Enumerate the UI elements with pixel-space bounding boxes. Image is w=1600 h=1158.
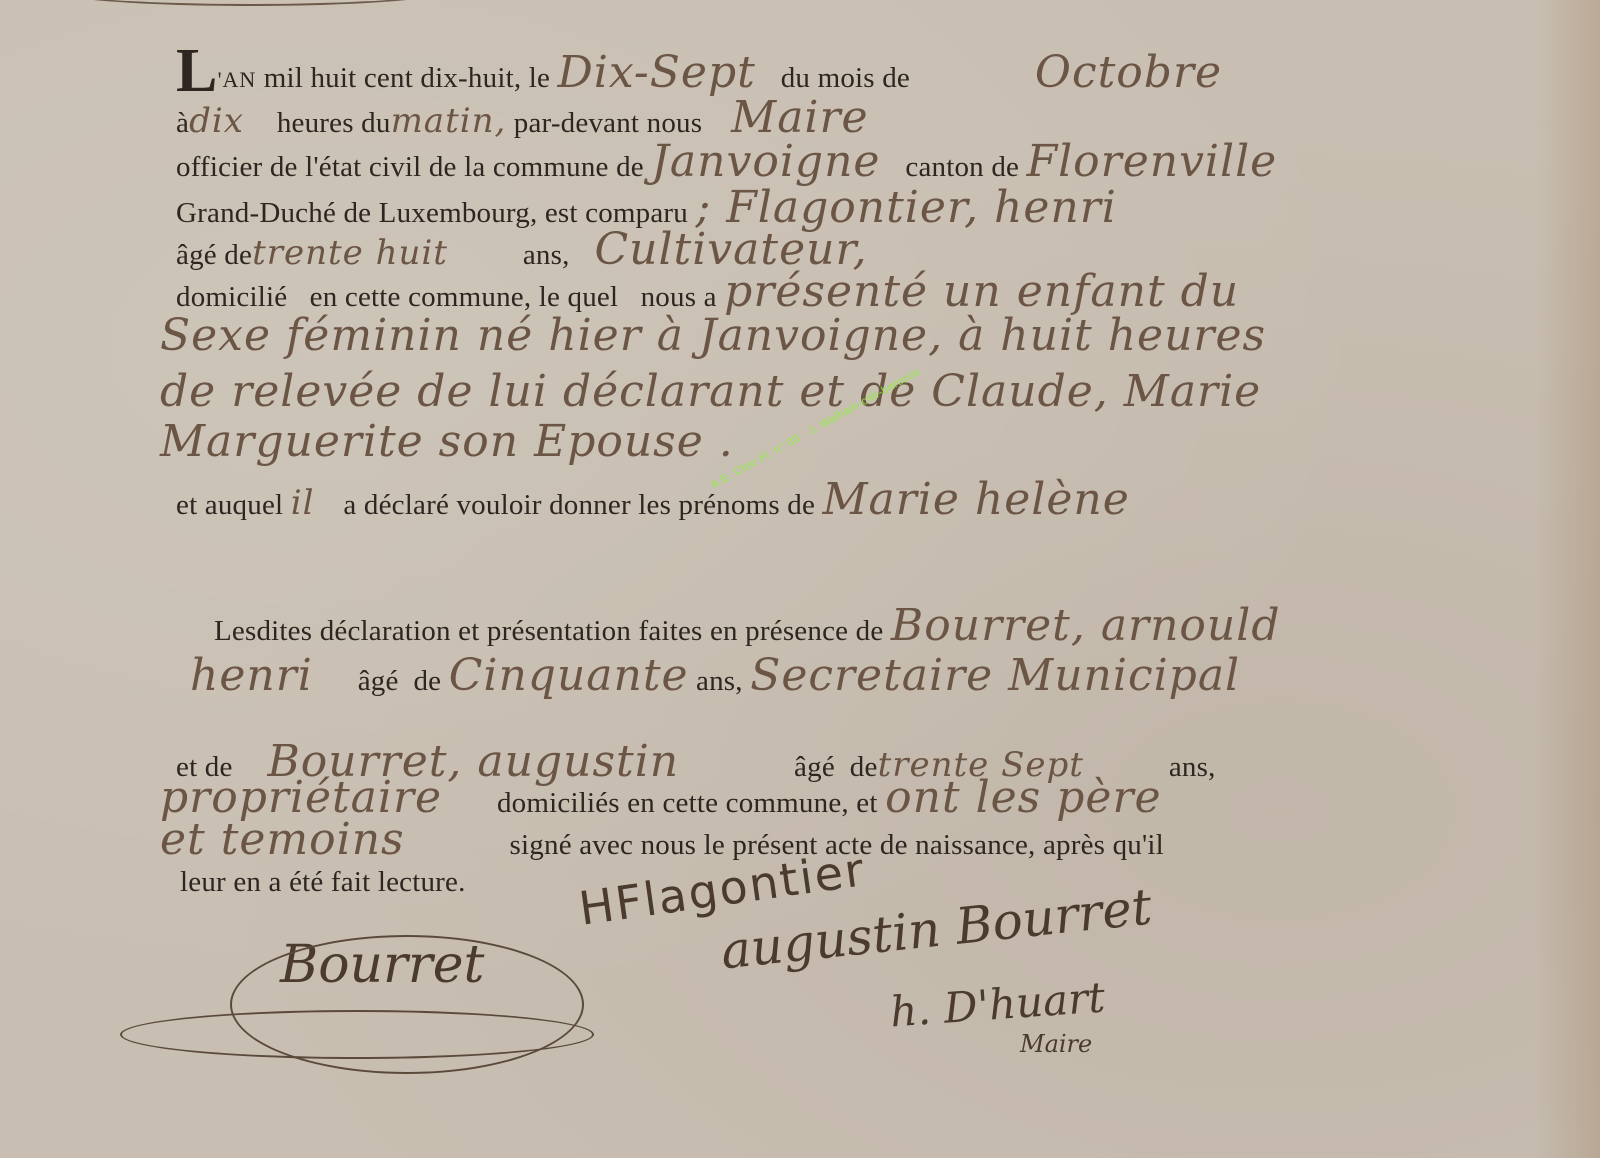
line-11: Lesdites déclaration et présentation fai…: [214, 600, 1281, 651]
handwritten-witness-1: Bourret, arnould: [891, 600, 1281, 651]
line-16: leur en a été fait lecture.: [180, 866, 466, 899]
line-15: et temoins signé avec nous le présent ac…: [160, 814, 1164, 865]
line-3: officier de l'état civil de la commune d…: [176, 136, 1277, 187]
top-flourish: [40, 0, 460, 6]
signature-maire: h. D'huart: [889, 973, 1107, 1037]
line-8: de relevée de lui déclarant et de Claude…: [160, 366, 1261, 417]
signature-maire-title: Maire: [1020, 1030, 1092, 1058]
handwritten-commune: Janvoigne: [651, 136, 880, 187]
handwritten-month: Octobre: [1035, 47, 1222, 98]
line-12: henri âgé de Cinquante ans, Secretaire M…: [190, 650, 1240, 701]
handwritten-child-names: Marie helène: [822, 474, 1129, 525]
line-10: et auquel il a déclaré vouloir donner le…: [176, 474, 1130, 525]
line-9: Marguerite son Epouse .: [160, 416, 734, 467]
handwritten-canton: Florenville: [1027, 136, 1278, 187]
signature-flourish-loop: [230, 935, 584, 1074]
civil-record-page: L'AN mil huit cent dix-huit, le Dix-Sept…: [0, 0, 1600, 1158]
handwritten-day: Dix-Sept: [558, 47, 756, 98]
line-7: Sexe féminin né hier à Janvoigne, à huit…: [160, 310, 1266, 361]
